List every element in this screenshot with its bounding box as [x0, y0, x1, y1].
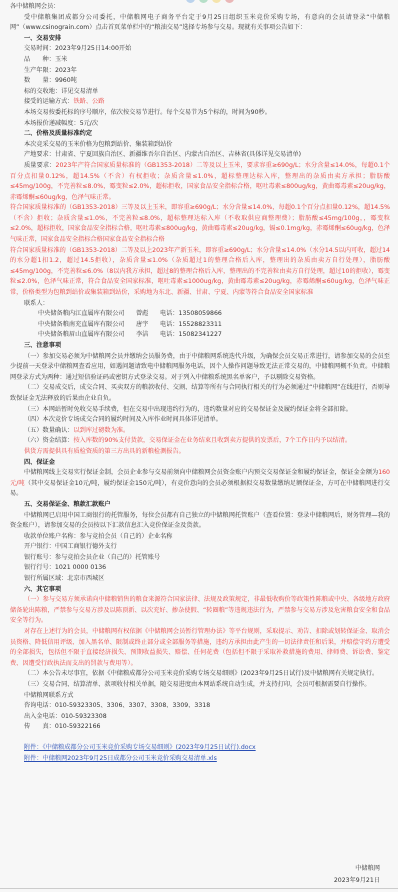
account-name: 收款单位账户名称：参与竞拍会员（自己的）企业名称: [10, 532, 390, 543]
fax: 传 真：010-59322166: [10, 722, 390, 733]
price-step: 本场报价递减幅度：5元/次: [10, 119, 390, 130]
account-paragraph: 中储粮网已启用中国工商银行的托管服务，每位会员都有自己独立的中储粮网托管账户（查…: [10, 511, 390, 532]
other-item-3: （三）交易合同、结算清单、款项收付相关单据，随交易进度由本网站系统自动生成，并支…: [10, 680, 390, 691]
section4-title: 四、保证金: [10, 458, 390, 469]
quality-requirement-2: 符合国家质量标准的（GB1353-2018）三等及以上玉米，即容重≥690g/L…: [10, 203, 390, 245]
deposit-paragraph: 中储粮网线上交易实行保证金制，会员企业参与交易前须向中储粮网会员资金账户内预交交…: [10, 468, 390, 500]
hotline: 咨询电话：010-59323305、3306、3307、3308、3309、33…: [10, 701, 390, 712]
bank-account: 银行账号：参与竞拍会员企业（自己的）托管账号: [10, 553, 390, 564]
notice-item-6: （六）资金结算：按入库数的90%支付货款，交易保证金在业务结束且收到卖方提供的发…: [10, 436, 390, 447]
divider: [0, 888, 398, 889]
quality-requirement-1: 质量要求：2023年产符合国家质量标准的（GB1353-2018）二等及以上玉米…: [10, 161, 390, 203]
notice-item-2: （二）交易成交后，成交合同、买卖双方的粮款收付、交割、结算等所有与合同执行相关的…: [10, 383, 390, 404]
other-item-2: （二）本公告未尽事宜，依据《中储粮成都分公司玉米竞价采购专场交易细则》(2023…: [10, 669, 390, 680]
bank-name: 开户银行：中国工商银行德外支行: [10, 542, 390, 553]
contact-row: 中央储备粮内江直属库有限公司曾彪电话：13508059866: [10, 309, 390, 320]
section6-title: 六、其它事项: [10, 585, 390, 596]
section2-title: 二、价格及质量标准约定: [10, 129, 390, 140]
contact-info-title: 中储粮网联系方式: [10, 691, 390, 702]
section1-title: 一、交易安排: [10, 34, 390, 45]
origin-requirement: 产地要求：甘肃省、宁夏回族自治区、新疆维吾尔自治区、内蒙古自治区、吉林省(具体详…: [10, 150, 390, 161]
bank-region: 银行所属区域：北京市西城区: [10, 574, 390, 585]
notice-item-1: （一）参加交易必须为中储粮网会员并缴纳会员服务费，由于中储粮网系统迭代升级，为确…: [10, 352, 390, 384]
attachment-link-rules[interactable]: 附件：《中储粮成都分公司玉米竞价采购专场交易细则》(2023年9月25日试行).…: [10, 743, 390, 754]
other-item-1: （一）参与交易方须承诺向中储粮销售的粮食来源符合国家法律、法规及政策规定，非最低…: [10, 595, 390, 627]
bank-code: 银行行号：1021 0000 0136: [10, 563, 390, 574]
trade-time: 交易时间：2023年9月25日14:00开始: [10, 44, 390, 55]
funds-phone: 出入金电话：010-59323308: [10, 712, 390, 723]
contact-row: 中央储备粮南充直属库有限公司唐宇电话：15528823311: [10, 320, 390, 331]
variety: 品 种：玉米: [10, 55, 390, 66]
section5-title: 五、交易保证金、粮款汇款账户: [10, 500, 390, 511]
notice-item-5: （五）数量确认：以到库过磅数为准。: [10, 426, 390, 437]
intro-paragraph: 受中储粮集团成都分公司委托，中储粮网电子商务平台定于9月25日组织玉米竞价采购专…: [10, 13, 390, 34]
other-item-1b: 对存在上述行为的会员，中储粮网有权依据《中储粮网会员暂行管理办法》等平台规则，采…: [10, 627, 390, 669]
price-type: 本次竞采交易的玉米价格为包粮到站价、集装箱到站价: [10, 140, 390, 151]
quantity: 数 量：9960吨: [10, 76, 390, 87]
transport-mode: 接受的运输方式：铁路、公路: [10, 97, 390, 108]
attachment-link-list[interactable]: 附件：中储粮网2023年9月25日成都分公司玉米竞价采购交易清单.xls: [10, 754, 390, 765]
notice-item-3: （三）本网站暂时免收交易手续费，但在交易中出现违约行为的，违约数量对应的交易保证…: [10, 405, 390, 416]
notice-item-4: （四）本次竞价专场成交合同的履约时间及入库作业时间具体详见清单。: [10, 415, 390, 426]
section3-title: 三、注意事项: [10, 341, 390, 352]
signature-date: 2023年9月21日: [0, 876, 380, 887]
notice-item-6b: 供货方需提供具有质检资质的第三方出具的新粮检测报告。: [10, 447, 390, 458]
production-year: 生产年限：2023年: [10, 66, 390, 77]
signature-org: 中储粮网: [0, 864, 380, 875]
announcement-document: 各中储粮网会员： 受中储粮集团成都分公司委托，中储粮网电子商务平台定于9月25日…: [10, 2, 390, 764]
trade-rule: 本场交易按委托标的序号顺序，依次按交易节进行。每个交易节为5个标的，时间为90秒…: [10, 108, 390, 119]
contact-row: 中央储备粮眉山直属库有限公司李洁电话：15082341227: [10, 330, 390, 341]
quality-requirement-3: 符合国家质量标准的（GB1353-2018）二等及以上2023年产新玉米，即容重…: [10, 246, 390, 299]
delivery-place: 标的交收地：详见交易清单: [10, 87, 390, 98]
contacts-label: 联系人：: [10, 299, 390, 310]
salutation: 各中储粮网会员：: [10, 2, 390, 13]
